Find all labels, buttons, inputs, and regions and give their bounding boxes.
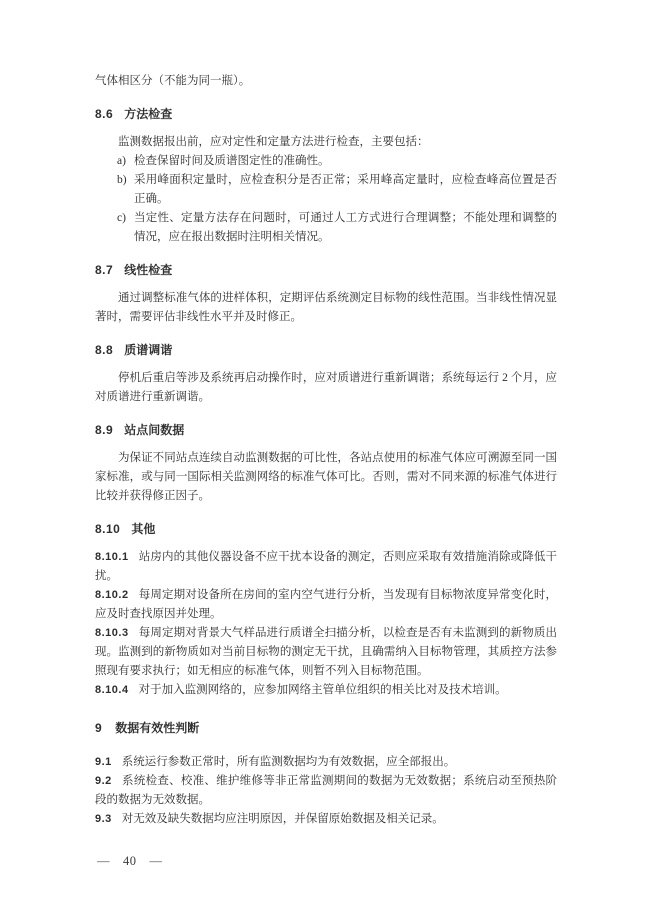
- section-number: 8.9: [95, 423, 113, 437]
- clause-paragraph: 8.10.1站房内的其他仪器设备不应干扰本设备的测定，否则应采取有效措施消除或降…: [95, 548, 557, 586]
- section-heading: 8.10其他: [95, 520, 557, 539]
- clause-text: 每周定期对设备所在房间的室内空气进行分析，当发现有目标物浓度异常变化时，应及时查…: [95, 589, 557, 620]
- clause-text: 系统检查、校准、维护维修等非正常监测期间的数据为无效数据；系统启动至预热阶段的数…: [95, 775, 557, 806]
- list-item: b)采用峰面积定量时，应检查积分是否正常；采用峰高定量时，应检查峰高位置是否正确…: [95, 171, 557, 209]
- list-item-text: 当定性、定量方法存在问题时，可通过人工方式进行合理调整；不能处理和调整的情况，应…: [134, 212, 557, 243]
- clause-paragraph: 9.1系统运行参数正常时，所有监测数据均为有效数据，应全部报出。: [95, 753, 557, 772]
- clause-number: 8.10.3: [95, 627, 129, 639]
- section-number: 8.7: [95, 263, 113, 277]
- clause-number: 9.2: [95, 775, 112, 787]
- clause-number: 8.10.2: [95, 589, 129, 601]
- footer-right-dash: —: [150, 854, 163, 868]
- clause-text: 系统运行参数正常时，所有监测数据均为有效数据，应全部报出。: [122, 756, 456, 768]
- list-marker: c): [117, 209, 126, 228]
- clause-paragraph: 9.3对无效及缺失数据均应注明原因，并保留原始数据及相关记录。: [95, 810, 557, 829]
- clause-number: 9.1: [95, 756, 112, 768]
- document-page: 气体相区分（不能为同一瓶）。8.6方法检查监测数据报出前，应对定性和定量方法进行…: [0, 0, 650, 919]
- section-number: 9: [95, 721, 102, 735]
- section-number: 8.6: [95, 107, 113, 121]
- list-item-text: 检查保留时间及质谱图定性的准确性。: [134, 155, 330, 167]
- footer-left-dash: —: [97, 854, 110, 868]
- section-number: 8.10: [95, 522, 120, 536]
- paragraph: 通过调整标准气体的进样体积，定期评估系统测定目标物的线性范围。当非线性情况显著时…: [95, 289, 557, 327]
- list-marker: a): [117, 152, 126, 171]
- section-title: 其他: [131, 522, 155, 536]
- paragraph: 停机后重启等涉及系统再启动操作时，应对质谱进行重新调谐；系统每运行 2 个月，应…: [95, 369, 557, 407]
- clause-text: 对无效及缺失数据均应注明原因，并保留原始数据及相关记录。: [122, 813, 444, 825]
- clause-text: 站房内的其他仪器设备不应干扰本设备的测定，否则应采取有效措施消除或降低干扰。: [95, 551, 557, 582]
- section-heading: 8.6方法检查: [95, 105, 557, 124]
- section-heading: 8.8质谱调谐: [95, 341, 557, 360]
- clause-paragraph: 9.2系统检查、校准、维护维修等非正常监测期间的数据为无效数据；系统启动至预热阶…: [95, 772, 557, 810]
- paragraph: 气体相区分（不能为同一瓶）。: [95, 72, 557, 91]
- clause-number: 8.10.1: [95, 551, 129, 563]
- page-footer: —40—: [97, 854, 163, 869]
- list-item: a)检查保留时间及质谱图定性的准确性。: [95, 152, 557, 171]
- section-heading: 8.7线性检查: [95, 261, 557, 280]
- section-title: 线性检查: [124, 263, 172, 277]
- list-marker: b): [117, 171, 127, 190]
- section-title: 质谱调谐: [124, 343, 172, 357]
- section-title: 站点间数据: [124, 423, 184, 437]
- clause-number: 8.10.4: [95, 684, 129, 696]
- list-item: c)当定性、定量方法存在问题时，可通过人工方式进行合理调整；不能处理和调整的情况…: [95, 209, 557, 247]
- paragraph: 监测数据报出前，应对定性和定量方法进行检查，主要包括：: [95, 133, 557, 152]
- section-heading: 9数据有效性判断: [95, 719, 557, 738]
- section-number: 8.8: [95, 343, 113, 357]
- clause-text: 每周定期对背景大气样品进行质谱全扫描分析，以检查是否有未监测到的新物质出现。监测…: [95, 627, 557, 677]
- section-title: 方法检查: [124, 107, 172, 121]
- section-heading: 8.9站点间数据: [95, 421, 557, 440]
- clause-paragraph: 8.10.2每周定期对设备所在房间的室内空气进行分析，当发现有目标物浓度异常变化…: [95, 586, 557, 624]
- clause-paragraph: 8.10.3每周定期对背景大气样品进行质谱全扫描分析，以检查是否有未监测到的新物…: [95, 624, 557, 681]
- clause-text: 对于加入监测网络的，应参加网络主管单位组织的相关比对及技术培训。: [139, 684, 507, 696]
- clause-paragraph: 8.10.4对于加入监测网络的，应参加网络主管单位组织的相关比对及技术培训。: [95, 681, 557, 700]
- list-item-text: 采用峰面积定量时，应检查积分是否正常；采用峰高定量时，应检查峰高位置是否正确。: [134, 174, 557, 205]
- document-body: 气体相区分（不能为同一瓶）。8.6方法检查监测数据报出前，应对定性和定量方法进行…: [95, 72, 557, 829]
- clause-number: 9.3: [95, 813, 112, 825]
- paragraph: 为保证不同站点连续自动监测数据的可比性，各站点使用的标准气体应可溯源至同一国家标…: [95, 449, 557, 506]
- page-number: 40: [123, 854, 137, 868]
- section-title: 数据有效性判断: [115, 721, 199, 735]
